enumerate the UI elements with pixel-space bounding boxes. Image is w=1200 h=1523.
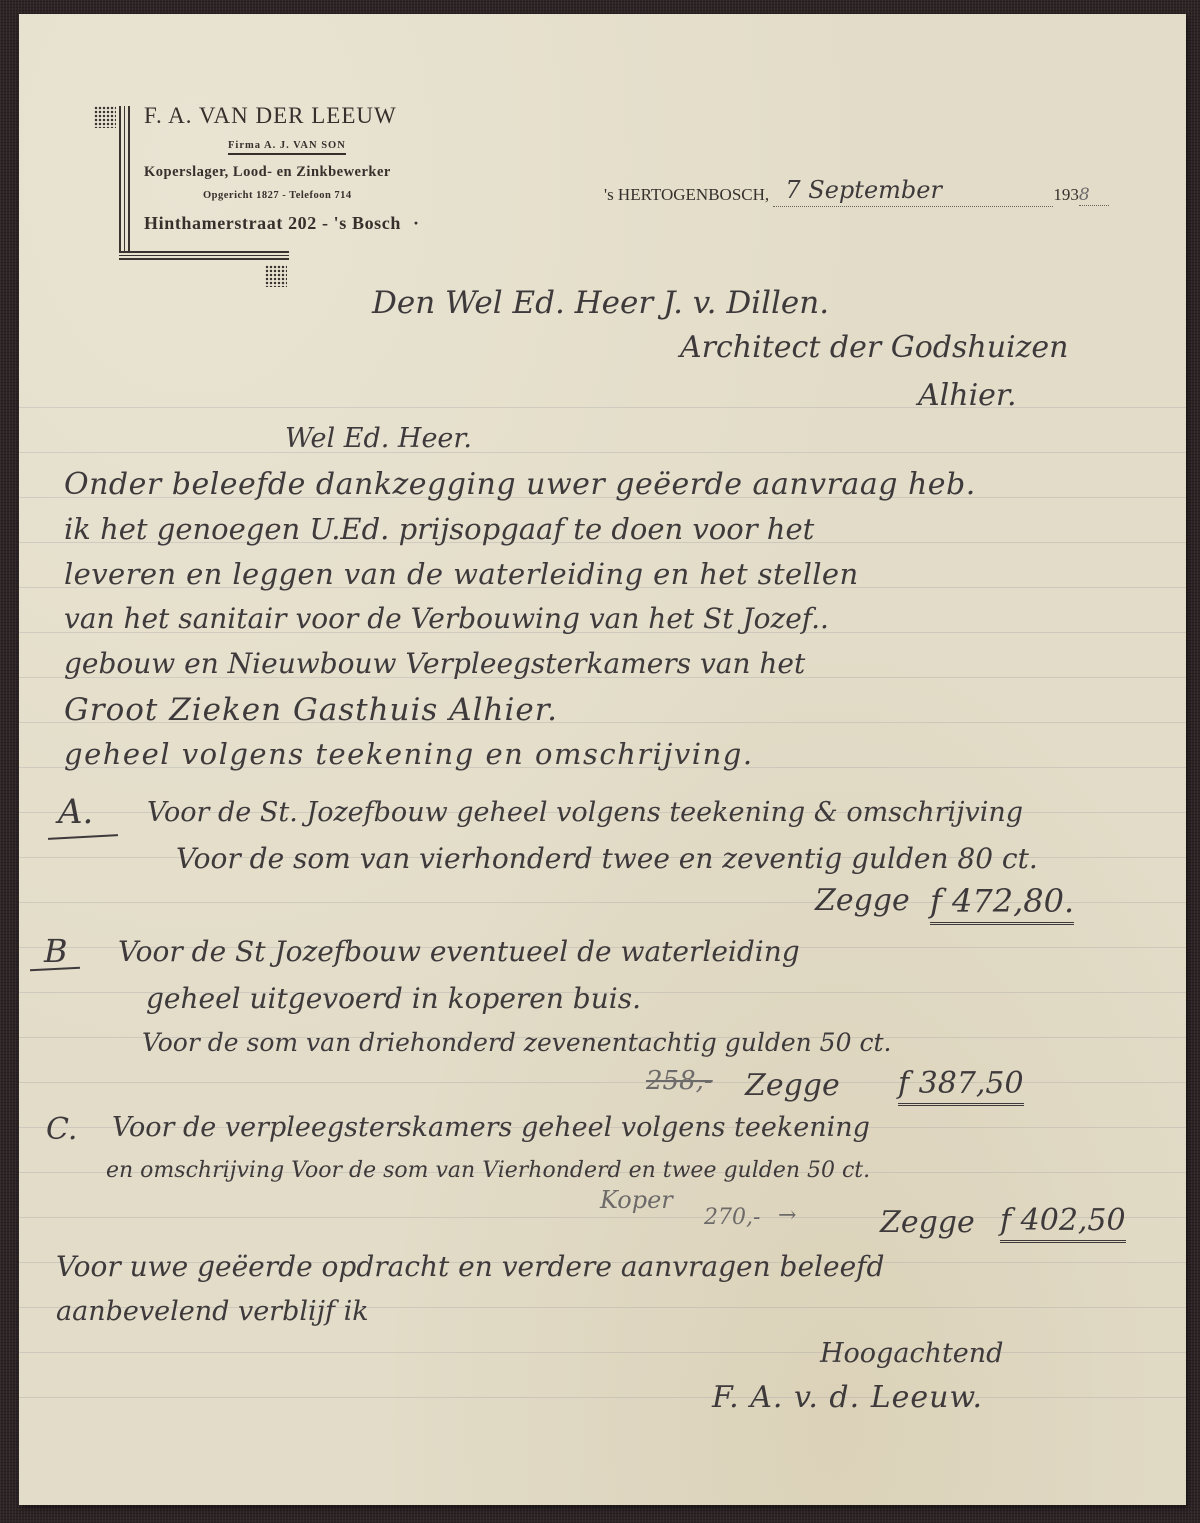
arrow-icon: →: [778, 1203, 796, 1228]
body-line: Groot Zieken Gasthuis Alhier.: [64, 692, 558, 728]
item-line: Voor de som van vierhonderd twee en zeve…: [176, 842, 1038, 875]
item-label: A.: [58, 792, 93, 832]
address-line: Hinthamerstraat 202 - 's Bosch·: [144, 213, 420, 234]
dateline: 's HERTOGENBOSCH, 7 September 1938: [604, 178, 1109, 207]
pencil-note-word: Koper: [600, 1186, 673, 1214]
dot-pattern-ornament: [94, 106, 116, 128]
addressee-line-2: Architect der Godshuizen: [680, 330, 1069, 365]
body-line: gebouw en Nieuwbouw Verpleegsterkamers v…: [64, 647, 805, 680]
signature: F. A. v. d. Leeuw.: [712, 1380, 983, 1415]
date-handwritten: 7 September: [785, 176, 942, 204]
body-line: leveren en leggen van de waterleiding en…: [64, 557, 859, 591]
trade-line: Koperslager, Lood- en Zinkbewerker: [144, 164, 391, 181]
salutation: Wel Ed. Heer.: [285, 423, 472, 454]
frame-ornament-horizontal: [119, 251, 289, 260]
firma-line: Firma A. J. VAN SON: [228, 140, 346, 155]
ruled-line: [19, 1397, 1186, 1398]
pencil-note: 258,-: [646, 1066, 713, 1096]
address-text: Hinthamerstraat 202 - 's Bosch: [144, 213, 401, 233]
item-label: B: [44, 932, 68, 970]
address-dot: ·: [413, 213, 420, 233]
item-line: en omschrijving Voor de som van Vierhond…: [106, 1158, 870, 1183]
year-suffix: 8: [1079, 185, 1109, 206]
total-label: Zegge: [880, 1205, 975, 1240]
total-amount: f 472,80.: [930, 882, 1074, 925]
closing-line: aanbevelend verblijf ik: [56, 1296, 369, 1327]
regards: Hoogachtend: [820, 1338, 1003, 1369]
dot-pattern-ornament: [265, 265, 287, 287]
body-line: van het sanitair voor de Verbouwing van …: [64, 602, 829, 635]
item-line: Voor de St. Jozefbouw geheel volgens tee…: [147, 797, 1023, 828]
founded-phone-line: Opgericht 1827 - Telefoon 714: [203, 190, 352, 201]
body-line: Onder beleefde dankzegging uwer geëerde …: [64, 467, 976, 502]
body-line: geheel volgens teekening en omschrijving…: [64, 737, 754, 771]
pencil-note: 270,-: [704, 1205, 760, 1230]
item-line: Voor de St Jozefbouw eventueel de waterl…: [118, 935, 800, 968]
item-label: C.: [46, 1112, 77, 1147]
total-amount: f 402,50: [1000, 1203, 1126, 1243]
place-name: 's HERTOGENBOSCH,: [604, 185, 769, 204]
total-amount: f 387,50: [898, 1066, 1024, 1106]
company-name: F. A. VAN DER LEEUW: [144, 103, 397, 129]
closing-line: Voor uwe geëerde opdracht en verdere aan…: [56, 1250, 884, 1283]
item-line: geheel uitgevoerd in koperen buis.: [146, 982, 641, 1015]
total-label: Zegge: [745, 1068, 840, 1103]
ruled-line: [19, 1352, 1186, 1353]
item-line: Voor de verpleegsterskamers geheel volge…: [112, 1112, 870, 1143]
body-line: ik het genoegen U.Ed. prijsopgaaf te doe…: [64, 512, 814, 546]
addressee-line-1: Den Wel Ed. Heer J. v. Dillen.: [372, 285, 829, 321]
frame-ornament-vertical: [119, 106, 130, 251]
ruled-line: [19, 452, 1186, 453]
total-label: Zegge: [815, 883, 910, 918]
year-prefix: 193: [1053, 185, 1079, 204]
item-line: Voor de som van driehonderd zevenentacht…: [142, 1028, 891, 1057]
addressee-line-3: Alhier.: [918, 378, 1017, 413]
